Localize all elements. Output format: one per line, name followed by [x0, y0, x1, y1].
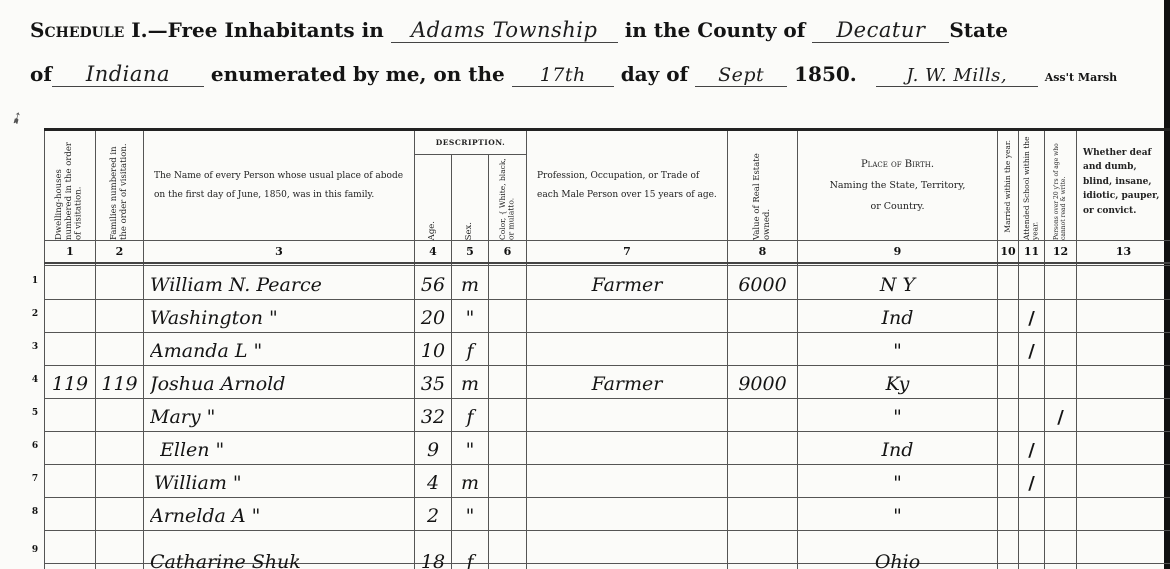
- birthplace: ": [798, 399, 997, 431]
- occupation: [527, 432, 727, 464]
- real-estate: [728, 465, 797, 497]
- header-family: Families numbered in the order of visita…: [96, 132, 143, 240]
- sex: f: [452, 536, 488, 569]
- person-name: Amanda L ": [150, 333, 412, 365]
- birthplace: Ind: [798, 300, 997, 332]
- day-of-label: day of: [621, 62, 688, 86]
- illiterate-mark: [1045, 498, 1076, 530]
- header-married: Married within the year.: [998, 132, 1018, 240]
- heading-text: —Free Inhabitants in: [148, 18, 384, 42]
- person-name: Catharine Shuk: [150, 536, 412, 569]
- column-number: 3: [144, 241, 414, 261]
- column-number-rule: [44, 262, 1170, 264]
- column-number: 2: [96, 241, 143, 261]
- occupation: Farmer: [527, 366, 727, 398]
- column-number: 6: [489, 241, 526, 261]
- column-number: 11: [1019, 241, 1044, 261]
- occupation: [527, 498, 727, 530]
- header-sex: Sex.: [452, 155, 488, 240]
- school-mark: /: [1019, 432, 1044, 464]
- real-estate: [728, 300, 797, 332]
- person-name: Joshua Arnold: [150, 366, 412, 398]
- birthplace: ": [798, 465, 997, 497]
- table-top-rule: [44, 128, 1170, 131]
- of-label: of: [30, 62, 52, 86]
- birthplace: N Y: [798, 267, 997, 299]
- person-name: Ellen ": [160, 432, 412, 464]
- header-age: Age.: [415, 155, 451, 240]
- school-mark: /: [1019, 465, 1044, 497]
- birthplace: ": [798, 333, 997, 365]
- illiterate-mark: [1045, 300, 1076, 332]
- sex: m: [452, 267, 488, 299]
- column-number: 7: [527, 241, 727, 261]
- column-number: 8: [728, 241, 797, 261]
- enumerated-label: enumerated by me, on the: [211, 62, 505, 86]
- age: 56: [415, 267, 451, 299]
- county-label: in the County of: [625, 18, 806, 42]
- age: 32: [415, 399, 451, 431]
- school-mark: [1019, 366, 1044, 398]
- age: 9: [415, 432, 451, 464]
- occupation: [527, 333, 727, 365]
- age: 35: [415, 366, 451, 398]
- place-of-birth-desc: Naming the State, Territory, or Country.: [828, 176, 968, 218]
- state-label: State: [949, 18, 1008, 42]
- county-field: Decatur: [812, 18, 949, 43]
- schedule-heading-line-2: ofIndiana enumerated by me, on the 17th …: [30, 62, 1117, 87]
- age: 20: [415, 300, 451, 332]
- school-mark: [1019, 267, 1044, 299]
- header-illiterate: Persons over 20 y'rs of age who cannot r…: [1045, 132, 1076, 240]
- column-number: 4: [415, 241, 451, 261]
- age: 4: [415, 465, 451, 497]
- header-description-group: DESCRIPTION.: [415, 134, 526, 152]
- illiterate-mark: [1045, 465, 1076, 497]
- birthplace: Ohio: [798, 536, 997, 569]
- column-number-rule-2: [44, 265, 1170, 266]
- ink-smudge: ➹: [6, 106, 27, 129]
- occupation: [527, 399, 727, 431]
- sex: f: [452, 333, 488, 365]
- census-table: Dwelling-houses numbered in the order of…: [44, 128, 1170, 569]
- asst-marshal-label: Ass't Marsh: [1045, 71, 1118, 84]
- state-field: Indiana: [52, 62, 204, 87]
- person-name: Washington ": [150, 300, 412, 332]
- sex: ": [452, 300, 488, 332]
- age: 18: [415, 536, 451, 569]
- occupation: [527, 300, 727, 332]
- real-estate: [728, 432, 797, 464]
- year-label: 1850.: [794, 62, 857, 86]
- occupation: [527, 465, 727, 497]
- sex: m: [452, 366, 488, 398]
- header-condition: Whether deaf and dumb, blind, insane, id…: [1077, 132, 1170, 240]
- real-estate: 6000: [728, 267, 797, 299]
- dwelling-number: 119: [45, 366, 95, 398]
- header-color: Color, { White, black, or mulatto.: [489, 155, 526, 240]
- age: 10: [415, 333, 451, 365]
- age: 2: [415, 498, 451, 530]
- row-rule: [44, 530, 1170, 531]
- school-mark: [1019, 498, 1044, 530]
- family-number: 119: [96, 366, 143, 398]
- sex: ": [452, 432, 488, 464]
- schedule-heading-line-1: Schedule I.—Free Inhabitants in Adams To…: [30, 18, 1008, 43]
- column-number: 13: [1077, 241, 1170, 261]
- real-estate: [728, 399, 797, 431]
- sex: ": [452, 498, 488, 530]
- person-name: Arnelda A ": [150, 498, 412, 530]
- illiterate-mark: /: [1045, 399, 1076, 431]
- occupation: Farmer: [527, 267, 727, 299]
- school-mark: [1019, 399, 1044, 431]
- day-field: 17th: [512, 64, 614, 87]
- header-name: The Name of every Person whose usual pla…: [144, 132, 414, 240]
- column-number: 5: [452, 241, 488, 261]
- column-number: 9: [798, 241, 997, 261]
- sex: f: [452, 399, 488, 431]
- birthplace: ": [798, 498, 997, 530]
- person-name: William ": [154, 465, 412, 497]
- header-real-estate: Value of Real Estate owned.: [728, 132, 797, 240]
- marshal-signature: J. W. Mills,: [876, 65, 1038, 87]
- illiterate-mark: [1045, 432, 1076, 464]
- header-school: Attended School within the year.: [1019, 132, 1044, 240]
- school-mark: /: [1019, 300, 1044, 332]
- real-estate: [728, 333, 797, 365]
- sex: m: [452, 465, 488, 497]
- person-name: Mary ": [150, 399, 412, 431]
- header-dwelling: Dwelling-houses numbered in the order of…: [45, 132, 95, 240]
- month-field: Sept: [695, 64, 787, 87]
- column-number: 10: [998, 241, 1018, 261]
- real-estate: 9000: [728, 366, 797, 398]
- schedule-label: Schedule I.: [30, 18, 148, 42]
- illiterate-mark: [1045, 267, 1076, 299]
- person-name: William N. Pearce: [150, 267, 412, 299]
- illiterate-mark: [1045, 333, 1076, 365]
- place-of-birth-title: Place of Birth.: [861, 154, 934, 176]
- birthplace: Ind: [798, 432, 997, 464]
- column-number: 1: [45, 241, 95, 261]
- birthplace: Ky: [798, 366, 997, 398]
- header-occupation: Profession, Occupation, or Trade of each…: [527, 132, 727, 240]
- illiterate-mark: [1045, 366, 1076, 398]
- school-mark: /: [1019, 333, 1044, 365]
- column-number: 12: [1045, 241, 1076, 261]
- real-estate: [728, 498, 797, 530]
- township-field: Adams Township: [391, 18, 618, 43]
- header-place-of-birth: Place of Birth. Naming the State, Territ…: [798, 132, 997, 240]
